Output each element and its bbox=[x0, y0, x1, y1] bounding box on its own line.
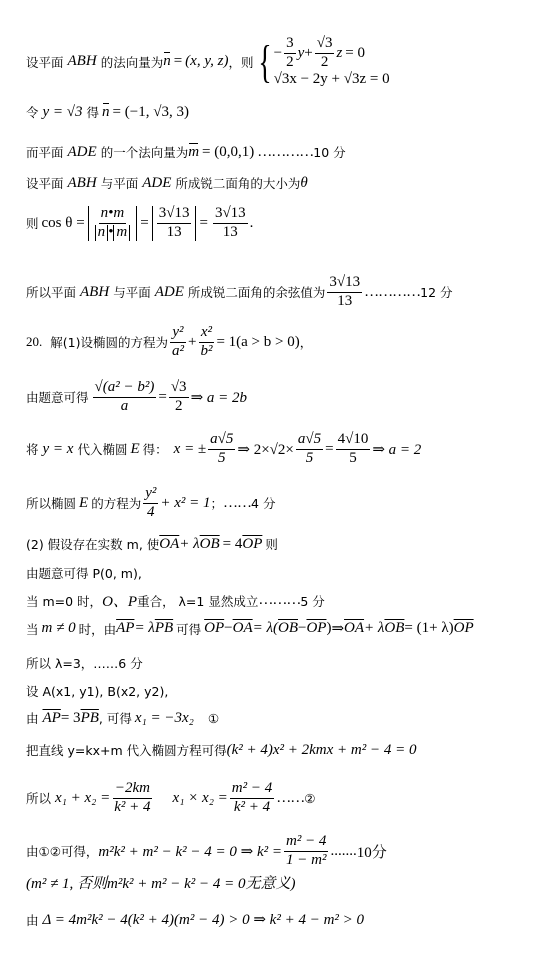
score-mark: 4 分 bbox=[251, 494, 275, 512]
minus: − bbox=[298, 620, 306, 637]
fraction: √32 bbox=[169, 380, 189, 415]
text: 把直线 y=kx+m 代入椭圆方程可得 bbox=[26, 741, 227, 759]
vector-op: OP bbox=[306, 620, 326, 637]
implies: ⇒ bbox=[331, 619, 344, 638]
vector-n: n bbox=[163, 53, 171, 70]
text: 所以椭圆 bbox=[26, 494, 76, 512]
leader-dots: ………… bbox=[364, 284, 420, 301]
text: 重合， λ=1 显然成立 bbox=[137, 592, 258, 610]
equation-rest: + x² = 1 bbox=[160, 495, 210, 512]
plane-name: ABH bbox=[68, 175, 97, 192]
equals: = bbox=[140, 215, 148, 232]
score-mark: 12 分 bbox=[420, 283, 452, 301]
text: 所以平面 bbox=[26, 283, 76, 301]
leader-dots: ………… bbox=[257, 144, 313, 161]
text: 设平面 bbox=[26, 174, 64, 192]
condition: y = √3 bbox=[43, 104, 83, 121]
plane-name: ADE bbox=[68, 144, 97, 161]
text: 由 bbox=[26, 911, 39, 929]
equation: m²k² + m² − k² − 4 = 0 ⇒ k² = bbox=[98, 842, 282, 861]
line-part2-assume: (2) 假设存在实数 m, 使 OA + λ OB = 4 OP 则 bbox=[26, 535, 278, 553]
text: 所成锐二面角的大小为 bbox=[175, 174, 300, 192]
result: ⇒ a = 2b bbox=[191, 388, 247, 407]
equals-lambda: = λ bbox=[134, 620, 154, 637]
equation-system: { − 32 y + √32 z = 0 √3x − 2y + √3z = 0 bbox=[254, 36, 390, 88]
abs-fraction: 3√1313 bbox=[152, 206, 197, 241]
line-cosine-value: 所以平面 ABH 与平面 ADE 所成锐二面角的余弦值为 3√1313 …………… bbox=[26, 275, 453, 310]
text: 则 bbox=[26, 214, 39, 232]
line-vieta: 所以 x₁ + x₂ = −2kmk² + 4 x₁ × x₂ = m² − 4… bbox=[26, 781, 315, 816]
leader-dots: ……… bbox=[258, 592, 300, 609]
leader-dots: ....... bbox=[330, 843, 356, 860]
substitution: y = x bbox=[43, 441, 74, 458]
line-let-y: 令 y = √3 得 n = (−1, √3, 3) bbox=[26, 103, 189, 121]
sum-expr: x₁ + x₂ = bbox=[55, 790, 110, 807]
points: O、P bbox=[102, 590, 137, 611]
line-cos-theta: 则 cos θ = n•m n•m = 3√1313 = 3√1313 . bbox=[26, 206, 253, 241]
score-mark: 5 分 bbox=[300, 592, 324, 610]
fraction: x²b² bbox=[198, 325, 214, 360]
leader-dots: …… bbox=[223, 495, 251, 512]
equals-lambda: = λ( bbox=[253, 620, 278, 637]
equals-3: = 3 bbox=[61, 710, 81, 727]
plus: + bbox=[188, 334, 196, 351]
line-substitute-y-x: 将 y = x 代入椭圆 E 得： x = ± a√55 ⇒ 2×√2× a√5… bbox=[26, 432, 421, 467]
text: 得： bbox=[143, 440, 168, 458]
implies: ⇒ 2×√2× bbox=[237, 440, 293, 459]
minus: − bbox=[224, 620, 232, 637]
text: 由题意可得 bbox=[26, 388, 89, 406]
equals-4: = 4 bbox=[223, 536, 243, 553]
vector-oa: OA bbox=[344, 620, 364, 637]
text: 所成锐二面角的余弦值为 bbox=[188, 283, 326, 301]
period: . bbox=[250, 215, 254, 232]
marker-1: ① bbox=[208, 711, 219, 726]
comma: ， bbox=[300, 333, 313, 351]
score-mark: 10分 bbox=[357, 841, 387, 862]
equals: = (1+ λ) bbox=[404, 620, 453, 637]
text: 的方程为 bbox=[91, 494, 141, 512]
vector-op: OP bbox=[454, 620, 474, 637]
text: 当 m=0 时， bbox=[26, 592, 102, 610]
vector-ob: OB bbox=[278, 620, 298, 637]
fraction: a√55 bbox=[296, 432, 323, 467]
text: 的一个法向量为 bbox=[101, 143, 189, 161]
line-normal-vector-ade: 而平面 ADE 的一个法向量为 m = (0,0,1) ………… 10 分 bbox=[26, 143, 346, 161]
line-dihedral-angle: 设平面 ABH 与平面 ADE 所成锐二面角的大小为 θ bbox=[26, 174, 308, 192]
note: (m² ≠ 1, 否则m²k² + m² − k² − 4 = 0无意义) bbox=[26, 872, 296, 893]
plus-lambda: + λ bbox=[364, 620, 384, 637]
fraction: −2kmk² + 4 bbox=[112, 781, 152, 816]
fraction: 3√1313 bbox=[213, 206, 248, 241]
text: 所以 bbox=[26, 789, 51, 807]
fraction: 4√105 bbox=[336, 432, 371, 467]
vector-op: OP bbox=[204, 620, 224, 637]
system-eq-1: − 32 y + √32 z = 0 bbox=[274, 36, 390, 71]
line-m-nonzero: 当 m ≠ 0 时，由 AP = λ PB 可得 OP − OA = λ( OB… bbox=[26, 619, 474, 638]
fraction: y²4 bbox=[143, 486, 158, 521]
text: 令 bbox=[26, 103, 39, 121]
relation: x₁ = −3x₂ bbox=[135, 710, 194, 727]
text: 时，由 bbox=[79, 620, 117, 638]
vector-n: n bbox=[102, 104, 110, 121]
system-eq-2: √3x − 2y + √3z = 0 bbox=[274, 71, 390, 88]
theta: θ bbox=[300, 175, 307, 192]
text: 当 bbox=[26, 620, 39, 638]
line-k-squared: 由①②可得， m²k² + m² − k² − 4 = 0 ⇒ k² = m² … bbox=[26, 834, 387, 869]
question-number: 20. bbox=[26, 334, 42, 350]
vector-ob: OB bbox=[200, 536, 220, 553]
plus-lambda: + λ bbox=[179, 536, 199, 553]
text: 所以 λ=3，……6 分 bbox=[26, 654, 143, 672]
fraction: 3√1313 bbox=[327, 275, 362, 310]
equals: = bbox=[199, 215, 207, 232]
line-m-zero: 当 m=0 时， O、P 重合， λ=1 显然成立 ……… 5 分 bbox=[26, 590, 325, 611]
text: (2) 假设存在实数 m, 使 bbox=[26, 535, 159, 553]
result: ⇒ a = 2 bbox=[372, 440, 421, 459]
text: 解(1)设椭圆的方程为 bbox=[50, 333, 168, 351]
text: 由 bbox=[26, 709, 39, 727]
equation-rhs: = 1(a > b > 0) bbox=[216, 334, 299, 351]
text: ； bbox=[211, 494, 224, 512]
vector-ap: AP bbox=[116, 620, 134, 637]
vector-oa: OA bbox=[159, 536, 179, 553]
text: 可得 bbox=[176, 620, 201, 638]
abs-fraction: n•m n•m bbox=[88, 206, 138, 241]
marker-2: ② bbox=[304, 791, 315, 806]
vector-pb: PB bbox=[81, 710, 99, 727]
text: 设平面 bbox=[26, 53, 64, 71]
line-ap-3pb: 由 AP = 3 PB , 可得 x₁ = −3x₂ ① bbox=[26, 709, 219, 727]
text: 由①②可得， bbox=[26, 842, 98, 860]
text: 得 bbox=[87, 103, 100, 121]
plane-name: ADE bbox=[142, 175, 171, 192]
fraction: m² − 4k² + 4 bbox=[230, 781, 274, 816]
leader-dots: …… bbox=[276, 790, 304, 807]
text: 与平面 bbox=[113, 283, 151, 301]
line-discriminant: 由 Δ = 4m²k² − 4(k² + 4)(m² − 4) > 0 ⇒ k²… bbox=[26, 910, 364, 929]
product-expr: x₁ × x₂ = bbox=[173, 790, 228, 807]
line-ellipse-equation: 所以椭圆 E 的方程为 y²4 + x² = 1 ； …… 4 分 bbox=[26, 486, 275, 521]
left-brace: { bbox=[258, 39, 271, 85]
text: 代入椭圆 bbox=[77, 440, 127, 458]
quadratic-equation: (k² + 4)x² + 2kmx + m² − 4 = 0 bbox=[227, 742, 417, 759]
fraction: a√55 bbox=[208, 432, 235, 467]
text: ，则 bbox=[229, 53, 254, 71]
line-substitute-line: 把直线 y=kx+m 代入椭圆方程可得 (k² + 4)x² + 2kmx + … bbox=[26, 741, 417, 759]
line-m-squared-note: (m² ≠ 1, 否则m²k² + m² − k² − 4 = 0无意义) bbox=[26, 872, 296, 893]
plane-name: ABH bbox=[68, 53, 97, 70]
plane-name: ABH bbox=[80, 284, 109, 301]
ellipse-name: E bbox=[130, 441, 139, 458]
fraction: √(a² − b²)a bbox=[93, 380, 157, 415]
line-point-p: 由题意可得 P(0, m), bbox=[26, 564, 142, 582]
vector-pb: PB bbox=[155, 620, 173, 637]
ellipse-name: E bbox=[79, 495, 88, 512]
vector-m: m bbox=[188, 144, 199, 161]
equals: = bbox=[174, 53, 182, 70]
text: 则 bbox=[265, 535, 278, 553]
text: 而平面 bbox=[26, 143, 64, 161]
equals: = bbox=[158, 389, 166, 406]
vector-op: OP bbox=[242, 536, 262, 553]
x-equals: x = ± bbox=[174, 441, 207, 458]
discriminant-inequality: Δ = 4m²k² − 4(k² + 4)(m² − 4) > 0 ⇒ k² +… bbox=[43, 910, 365, 929]
equals: = bbox=[325, 441, 333, 458]
cos-theta: cos θ = bbox=[42, 215, 85, 232]
score-mark: 10 分 bbox=[313, 143, 345, 161]
line-lambda-3: 所以 λ=3，……6 分 bbox=[26, 654, 143, 672]
plane-name: ADE bbox=[155, 284, 184, 301]
vector-components: (x, y, z) bbox=[185, 53, 228, 70]
vector-value: = (−1, √3, 3) bbox=[113, 104, 189, 121]
fraction: y²a² bbox=[170, 325, 186, 360]
text: 由题意可得 P(0, m), bbox=[26, 564, 142, 582]
text: 的法向量为 bbox=[101, 53, 164, 71]
vector-value: = (0,0,1) bbox=[202, 144, 254, 161]
vector-ap: AP bbox=[43, 710, 61, 727]
text: 设 A(x1, y1), B(x2, y2), bbox=[26, 682, 168, 700]
line-set-ab: 设 A(x1, y1), B(x2, y2), bbox=[26, 682, 168, 700]
text: 与平面 bbox=[101, 174, 139, 192]
vector-ob: OB bbox=[384, 620, 404, 637]
line-eccentricity: 由题意可得 √(a² − b²)a = √32 ⇒ a = 2b bbox=[26, 380, 247, 415]
text: , 可得 bbox=[99, 709, 132, 727]
line-normal-vector-abh: 设平面 ABH 的法向量为 n = (x, y, z) ，则 { − 32 y … bbox=[26, 36, 390, 88]
vector-oa: OA bbox=[233, 620, 253, 637]
fraction: m² − 41 − m² bbox=[284, 834, 328, 869]
line-q20-ellipse: 20. 解(1)设椭圆的方程为 y²a² + x²b² = 1(a > b > … bbox=[26, 325, 312, 360]
text: 将 bbox=[26, 440, 39, 458]
condition: m ≠ 0 bbox=[42, 620, 76, 637]
